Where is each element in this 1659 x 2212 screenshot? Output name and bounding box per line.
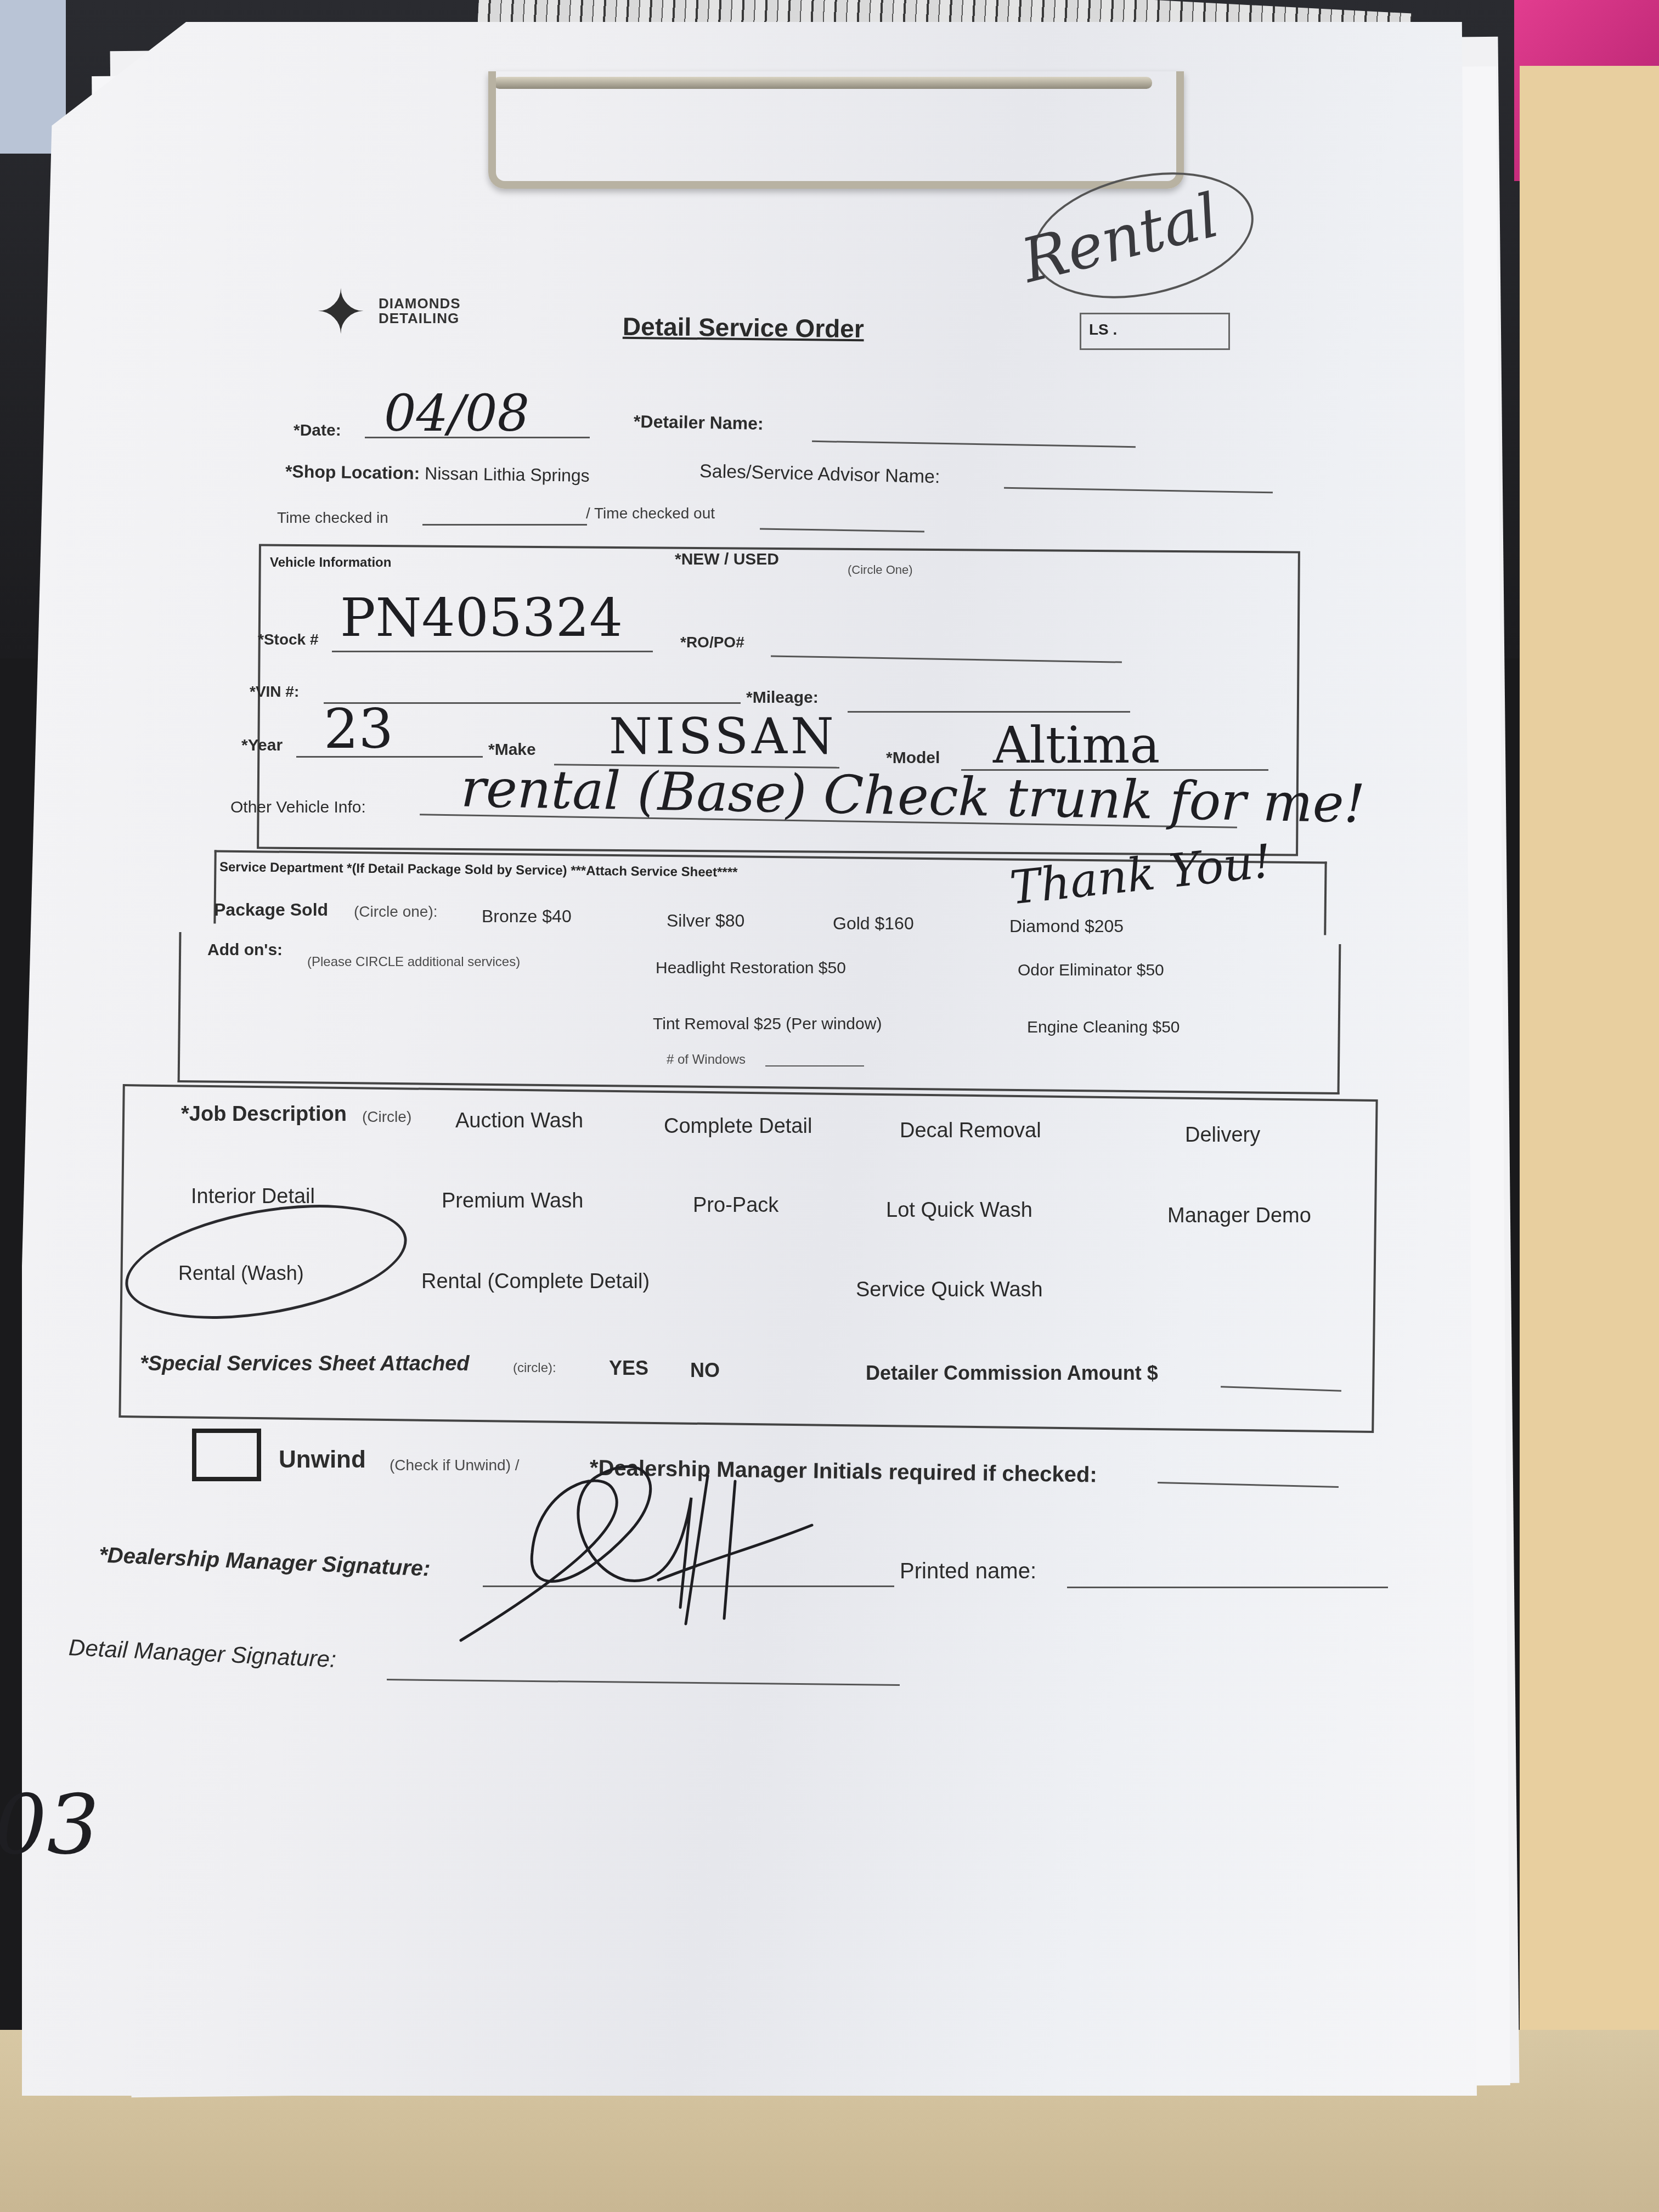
- diamond-star-icon: ✦: [315, 279, 366, 346]
- addon-tint-removal[interactable]: Tint Removal $25 (Per window): [653, 1015, 882, 1034]
- detail-manager-signature-field[interactable]: [387, 1679, 900, 1686]
- time-in-label: Time checked in: [277, 509, 388, 527]
- mileage-field[interactable]: [848, 711, 1130, 713]
- shop-location-value: Nissan Lithia Springs: [425, 464, 590, 486]
- special-services-label: *Special Services Sheet Attached: [140, 1352, 470, 1376]
- job-delivery[interactable]: Delivery: [1185, 1124, 1260, 1147]
- detailer-name-label: *Detailer Name:: [634, 411, 764, 434]
- job-complete-detail[interactable]: Complete Detail: [664, 1115, 812, 1138]
- job-service-quick-wash[interactable]: Service Quick Wash: [856, 1278, 1043, 1302]
- vehicle-info-label: Vehicle Information: [270, 555, 391, 571]
- job-rental-complete-detail[interactable]: Rental (Complete Detail): [421, 1270, 650, 1294]
- margin-note: 03: [0, 1778, 99, 1873]
- job-rental-wash[interactable]: Rental (Wash): [178, 1262, 304, 1285]
- logo-line-2: DETAILING: [379, 311, 461, 326]
- stock-field[interactable]: PN405324: [340, 587, 623, 648]
- job-pro-pack[interactable]: Pro-Pack: [693, 1194, 778, 1217]
- package-diamond[interactable]: Diamond $205: [1009, 916, 1124, 936]
- job-decal-removal[interactable]: Decal Removal: [900, 1119, 1041, 1143]
- special-services-no[interactable]: NO: [690, 1359, 720, 1382]
- package-gold[interactable]: Gold $160: [833, 913, 914, 934]
- model-field[interactable]: Altima: [993, 716, 1160, 775]
- job-description-label: *Job Description: [181, 1103, 347, 1126]
- package-sold-label: Package Sold: [214, 900, 328, 920]
- package-silver[interactable]: Silver $80: [667, 911, 744, 931]
- year-field[interactable]: 23: [324, 697, 393, 761]
- detail-service-order-form: ✦ DIAMONDS DETAILING Detail Service Orde…: [0, 0, 1659, 2212]
- ls-box: LS .: [1080, 313, 1230, 350]
- form-title: Detail Service Order: [623, 312, 864, 344]
- addon-odor-eliminator[interactable]: Odor Eliminator $50: [1018, 961, 1164, 980]
- addons-hint: (Please CIRCLE additional services): [307, 955, 520, 970]
- job-premium-wash[interactable]: Premium Wash: [442, 1189, 583, 1213]
- printed-name-field[interactable]: [1067, 1587, 1388, 1588]
- detailer-name-field[interactable]: [812, 441, 1136, 448]
- date-label: *Date:: [294, 421, 341, 440]
- logo-wordmark: DIAMONDS DETAILING: [379, 296, 461, 326]
- unwind-label: Unwind: [279, 1446, 366, 1474]
- make-label: *Make: [488, 741, 536, 759]
- shop-location-label: *Shop Location:: [285, 461, 420, 483]
- job-description-hint: (Circle): [362, 1108, 411, 1126]
- package-sold-hint: (Circle one):: [354, 903, 437, 921]
- shop-location-row: *Shop Location: Nissan Lithia Springs: [285, 461, 590, 486]
- mileage-label: *Mileage:: [746, 689, 819, 707]
- advisor-label: Sales/Service Advisor Name:: [699, 461, 940, 488]
- job-manager-demo[interactable]: Manager Demo: [1167, 1204, 1311, 1228]
- time-in-field[interactable]: [422, 524, 587, 526]
- logo-line-1: DIAMONDS: [379, 296, 461, 311]
- ro-po-label: *RO/PO#: [680, 634, 744, 651]
- time-out-label: / Time checked out: [586, 505, 715, 522]
- dealership-manager-signature-label: *Dealership Manager Signature:: [98, 1543, 431, 1581]
- addons-label: Add on's:: [207, 941, 283, 960]
- special-services-yes[interactable]: YES: [609, 1357, 648, 1380]
- dealership-manager-signature[interactable]: [450, 1443, 944, 1662]
- advisor-field[interactable]: [1004, 487, 1273, 494]
- job-lot-quick-wash[interactable]: Lot Quick Wash: [886, 1199, 1032, 1222]
- new-used-hint: (Circle One): [848, 563, 913, 577]
- windows-count-label: # of Windows: [667, 1052, 746, 1068]
- time-out-field[interactable]: [760, 528, 924, 532]
- stock-label: *Stock #: [258, 631, 319, 648]
- new-used-label[interactable]: *NEW / USED: [675, 550, 779, 569]
- company-logo: ✦: [315, 283, 366, 343]
- make-field[interactable]: NISSAN: [609, 708, 837, 765]
- other-vehicle-info-label: Other Vehicle Info:: [230, 798, 366, 817]
- date-field[interactable]: 04/08: [384, 384, 529, 443]
- ls-box-label: LS .: [1089, 321, 1117, 338]
- detail-manager-signature-label: Detail Manager Signature:: [68, 1634, 337, 1673]
- addon-headlight-restoration[interactable]: Headlight Restoration $50: [656, 959, 846, 978]
- job-auction-wash[interactable]: Auction Wash: [455, 1109, 583, 1133]
- commission-label: Detailer Commission Amount $: [866, 1362, 1158, 1385]
- unwind-checkbox[interactable]: [192, 1429, 261, 1481]
- addon-engine-cleaning[interactable]: Engine Cleaning $50: [1027, 1018, 1180, 1037]
- printed-name-label: Printed name:: [900, 1559, 1036, 1584]
- package-bronze[interactable]: Bronze $40: [482, 906, 572, 927]
- year-label: *Year: [241, 736, 283, 755]
- stock-field-line: [332, 651, 653, 652]
- manager-initials-field[interactable]: [1158, 1482, 1339, 1488]
- windows-count-field[interactable]: [765, 1065, 864, 1066]
- vin-label: *VIN #:: [250, 683, 299, 701]
- special-services-hint: (circle):: [513, 1361, 556, 1376]
